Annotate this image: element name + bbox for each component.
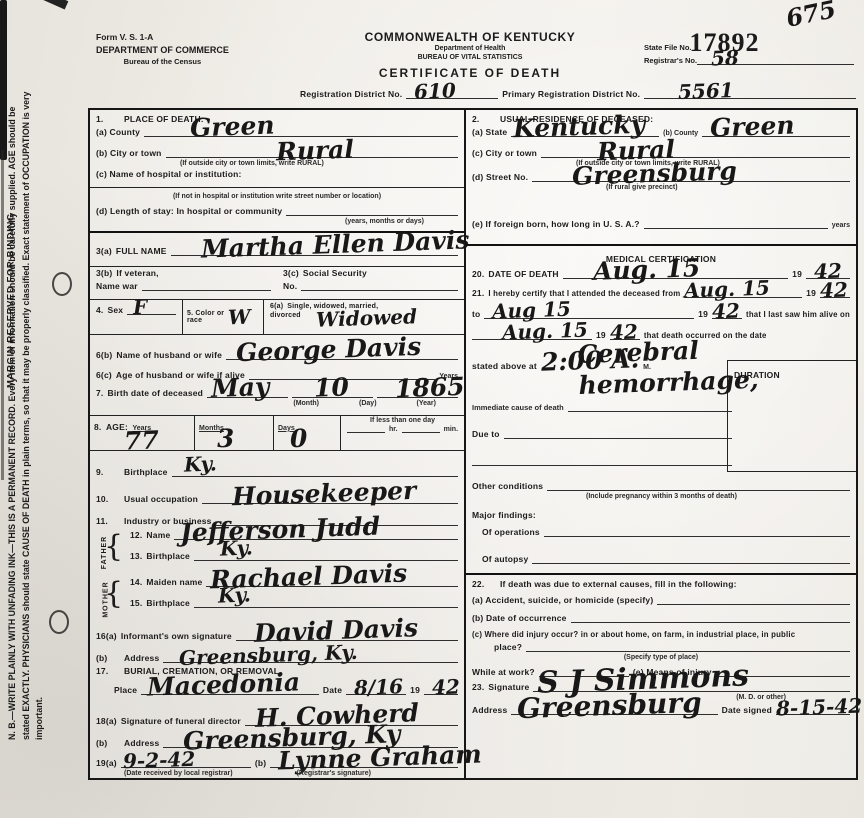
age-number: 8. — [94, 422, 102, 432]
registration-district-value: 610 — [414, 80, 456, 101]
age-months-value: 3 — [217, 426, 235, 452]
section-place-of-death: 1. PLACE OF DEATH: (a) County Green (b) … — [90, 110, 464, 187]
last-seen-value: Aug. 15 — [502, 320, 588, 343]
right-column: 2. USUAL RESIDENCE OF DECEASED: (a) Stat… — [464, 110, 856, 778]
county-label: (a) County — [96, 127, 140, 137]
occupation-label: Usual occupation — [124, 494, 198, 504]
registration-district-line: Registration District No. 610 Primary Re… — [300, 88, 856, 99]
form-number: Form V. S. 1-A — [96, 32, 229, 42]
burial-number: 17. — [96, 666, 120, 676]
major-findings-label: Major findings: — [472, 510, 536, 520]
industry-number: 11. — [96, 516, 120, 526]
day-hint: (Day) — [359, 400, 377, 407]
external-number: 22. — [472, 579, 496, 589]
month-hint: (Month) — [293, 400, 319, 407]
residence-state-label: (a) State — [472, 127, 507, 137]
fullname-number: 3(a) — [96, 246, 112, 256]
birthdate-number: 7. — [96, 388, 104, 398]
attended-from-value: Aug. 15 — [684, 278, 770, 301]
to-year-printed: 19 — [698, 309, 708, 319]
marital-label2: divorced — [270, 312, 301, 319]
margin-nb-note: N. B.—WRITE PLAINLY WITH UNFADING INK—TH… — [6, 80, 62, 740]
color-number: 5. — [187, 310, 193, 317]
informant-addr-number: (b) — [96, 653, 120, 663]
row-spouse-name: 6(b) Name of husband or wife George Davi… — [90, 335, 464, 360]
burial-place-value: Macedonia — [147, 669, 301, 699]
section-sex-color-marital: 4. Sex F 5. Color or race W 6(a) Single,… — [90, 300, 464, 334]
registrar-sig-number: (b) — [255, 758, 266, 768]
father-name-number: 12. — [130, 530, 142, 540]
date-signed-label: Date signed — [722, 705, 772, 715]
while-at-work-label: While at work? — [472, 667, 535, 677]
mother-name-number: 14. — [130, 577, 142, 587]
city-hint: (If outside city or town limits, write R… — [180, 160, 324, 167]
external-label: If death was due to external causes, fil… — [500, 579, 737, 589]
residence-city-label: (c) City or town — [472, 148, 537, 158]
to-label: to — [472, 309, 480, 319]
residence-street-label: (d) Street No. — [472, 172, 528, 182]
dod-year-printed: 19 — [792, 269, 802, 279]
informant-number: 16(a) — [96, 631, 117, 641]
stay-hint: (years, months or days) — [345, 218, 424, 225]
birth-year: 1865 — [395, 373, 465, 400]
age-less-label: If less than one day — [345, 417, 460, 424]
street-hint: (If not in hospital or institution write… — [173, 193, 381, 200]
of-autopsy-label: Of autopsy — [482, 554, 528, 564]
certificate-form: 1. PLACE OF DEATH: (a) County Green (b) … — [88, 108, 858, 780]
due-to-label: Due to — [472, 429, 500, 439]
city-label: (b) City or town — [96, 148, 162, 158]
occupation-number: 10. — [96, 494, 120, 504]
md-sig-number: 23. — [472, 682, 484, 692]
accident-label: (a) Accident, suicide, or homicide (spec… — [472, 595, 653, 605]
foreign-born-label: (e) If foreign born, how long in U. S. A… — [472, 219, 640, 229]
section-external-causes: 22. If death was due to external causes,… — [466, 575, 856, 778]
color-value: W — [228, 307, 251, 328]
from-year-printed: 19 — [806, 288, 816, 298]
primary-district-label: Primary Registration District No. — [502, 89, 640, 99]
bureau-census: Bureau of the Census — [96, 57, 229, 66]
row-occupation: 10. Usual occupation Housekeeper — [90, 478, 464, 505]
director-addr-label: Address — [124, 738, 159, 748]
bureau-vital-statistics: BUREAU OF VITAL STATISTICS — [330, 53, 610, 62]
registrar-no-value: 58 — [711, 48, 740, 69]
from-year-value: 42 — [820, 280, 849, 301]
director-number: 18(a) — [96, 716, 117, 726]
sex-number: 4. — [96, 305, 104, 315]
row-foreign-born: (e) If foreign born, how long in U. S. A… — [466, 196, 856, 244]
residence-street-hint: (If rural give precinct) — [606, 184, 678, 191]
registrar-date-value: 9-2-42 — [123, 749, 196, 772]
race-label: race — [187, 317, 224, 324]
burial-date-value: 8/16 — [354, 676, 404, 698]
dod-label: DATE OF DEATH — [488, 269, 558, 279]
stated-label: stated above at — [472, 361, 537, 371]
other-conditions-label: Other conditions — [472, 481, 543, 491]
other-conditions-hint: (Include pregnancy within 3 months of de… — [586, 493, 737, 500]
section-number: 1. — [96, 114, 120, 124]
informant-addr-label: Address — [124, 653, 159, 663]
certify-label: I hereby certify that I attended the dec… — [488, 289, 680, 298]
sex-label: Sex — [108, 305, 124, 315]
header-title-block: COMMONWEALTH OF KENTUCKY Department of H… — [330, 30, 610, 80]
registration-district-label: Registration District No. — [300, 89, 402, 99]
certify-number: 21. — [472, 288, 484, 298]
spouse-label: Name of husband or wife — [116, 350, 222, 360]
age-hr-label: hr. — [389, 426, 398, 433]
dept-commerce: DEPARTMENT OF COMMERCE — [96, 45, 229, 55]
father-name-label: Name — [146, 530, 170, 540]
ss-number: 3(c) — [283, 268, 299, 278]
mother-name-label: Maiden name — [146, 577, 202, 587]
md-address-label: Address — [472, 705, 507, 715]
date-signed-value: 8-15-42 — [776, 696, 863, 719]
cause-label: Immediate cause of death — [472, 403, 564, 412]
section-burial: 17. BURIAL, CREMATION, OR REMOVAL Place … — [90, 664, 464, 702]
row-birthdate: 7. Birth date of deceased May 10 1865 (M… — [90, 381, 464, 415]
foreign-born-suffix: years — [832, 222, 850, 229]
last-seen-label: that I last saw him alive on — [746, 310, 850, 319]
mother-bp-value: Ky. — [218, 584, 251, 605]
burial-date-label: Date — [323, 685, 342, 695]
birthplace-value: Ky. — [183, 454, 216, 475]
county-value: Green — [190, 113, 275, 141]
burial-place-label: Place — [96, 685, 137, 695]
section-full-name: 3(a) FULL NAME Martha Ellen Davis — [90, 233, 464, 265]
age-days-value: 0 — [290, 426, 308, 452]
registrar-date-hint: (Date received by local registrar) — [124, 770, 233, 777]
ss-no-label: No. — [283, 281, 297, 291]
burial-year-value: 42 — [432, 677, 461, 698]
scan-artifact — [34, 0, 69, 10]
age-years-value: 77 — [124, 427, 160, 453]
length-of-stay-label: (d) Length of stay: In hospital or commu… — [96, 206, 282, 216]
director-addr-number: (b) — [96, 738, 120, 748]
header-commerce-block: Form V. S. 1-A DEPARTMENT OF COMMERCE Bu… — [96, 32, 229, 66]
dept-health: Department of Health — [330, 44, 610, 53]
veteran-label: If veteran, — [116, 268, 158, 278]
residence-number: 2. — [472, 114, 496, 124]
ss-label: Social Security — [303, 268, 367, 278]
birthplace-number: 9. — [96, 467, 120, 477]
father-bp-label: Birthplace — [146, 551, 190, 561]
brace-glyph: { — [104, 529, 123, 564]
veteran-namewar-label: Name war — [96, 281, 138, 291]
father-bp-number: 13. — [130, 551, 142, 561]
registrar-sig-hint: (Registrar's signature) — [297, 770, 371, 777]
where-label2: place? — [472, 642, 522, 652]
age-min-label: min. — [444, 426, 458, 433]
burial-year-printed: 19 — [410, 685, 420, 695]
left-column: 1. PLACE OF DEATH: (a) County Green (b) … — [90, 110, 464, 778]
residence-county-value: Green — [710, 113, 795, 141]
group-mother: MOTHER { 14. Maiden name Rachael Davis 1… — [90, 574, 464, 619]
birthdate-label: Birth date of deceased — [108, 388, 204, 398]
birth-month: May — [211, 374, 270, 401]
state-file-label: State File No. — [644, 43, 692, 52]
row-informant-address: (b) Address Greensburg, Ky. — [90, 642, 464, 664]
section-length-of-stay: (If not in hospital or institution write… — [90, 188, 464, 231]
year-hint: (Year) — [417, 400, 436, 407]
death-certificate-scan: 675 MARGIN RESERVED FOR BINDING N. B.—WR… — [0, 0, 864, 818]
where-label: (c) Where did injury occur? in or about … — [472, 630, 795, 639]
row-age: 8. AGE: Years 77 Months 3 Days 0 If less… — [90, 416, 464, 451]
section-medical: MEDICAL CERTIFICATION 20. DATE OF DEATH … — [466, 246, 856, 565]
brace-glyph: { — [104, 576, 123, 611]
to-year-value: 42 — [712, 301, 741, 322]
row-birthplace: 9. Birthplace Ky. — [90, 451, 464, 478]
of-operations-label: Of operations — [482, 527, 540, 537]
cause-value: Cerebral hemorrhage, — [577, 331, 809, 401]
commonwealth-title: COMMONWEALTH OF KENTUCKY — [330, 30, 610, 44]
father-bp-value: Ky. — [220, 538, 253, 559]
primary-district-value: 5561 — [678, 80, 734, 102]
mother-bp-label: Birthplace — [146, 598, 190, 608]
certificate-title: CERTIFICATE OF DEATH — [330, 66, 610, 80]
fullname-label: FULL NAME — [116, 246, 167, 256]
informant-label: Informant's own signature — [121, 631, 232, 641]
marital-number: 6(a) — [270, 303, 283, 310]
md-address-value: Greensburg — [517, 689, 703, 723]
spouse-age-number: 6(c) — [96, 370, 112, 380]
dod-number: 20. — [472, 269, 484, 279]
section-residence: 2. USUAL RESIDENCE OF DECEASED: (a) Stat… — [466, 110, 856, 196]
hospital-label: (c) Name of hospital or institution: — [96, 169, 242, 179]
color-label: Color or — [195, 310, 224, 317]
spouse-number: 6(b) — [96, 350, 112, 360]
fullname-value: Martha Ellen Davis — [200, 228, 469, 262]
md-sig-label: Signature — [488, 682, 529, 692]
veteran-number: 3(b) — [96, 268, 112, 278]
birthplace-label: Birthplace — [124, 467, 168, 477]
sex-value: F — [133, 297, 148, 317]
row-informant-signature: 16(a) Informant's own signature David Da… — [90, 619, 464, 643]
marital-value: Widowed — [316, 306, 418, 330]
birth-day: 10 — [314, 374, 350, 400]
row-registrar: 19(a) 9-2-42 (b) Lynne Graham (Date rece… — [90, 749, 464, 778]
header-file-numbers: State File No. 17892 Registrar's No. 58 — [644, 22, 854, 65]
occurrence-label: (b) Date of occurrence — [472, 613, 567, 623]
father-name-value: Jefferson Judd — [180, 514, 381, 546]
registrar-date-number: 19(a) — [96, 758, 117, 768]
scan-artifact — [1, 150, 4, 480]
mother-bp-number: 15. — [130, 598, 142, 608]
